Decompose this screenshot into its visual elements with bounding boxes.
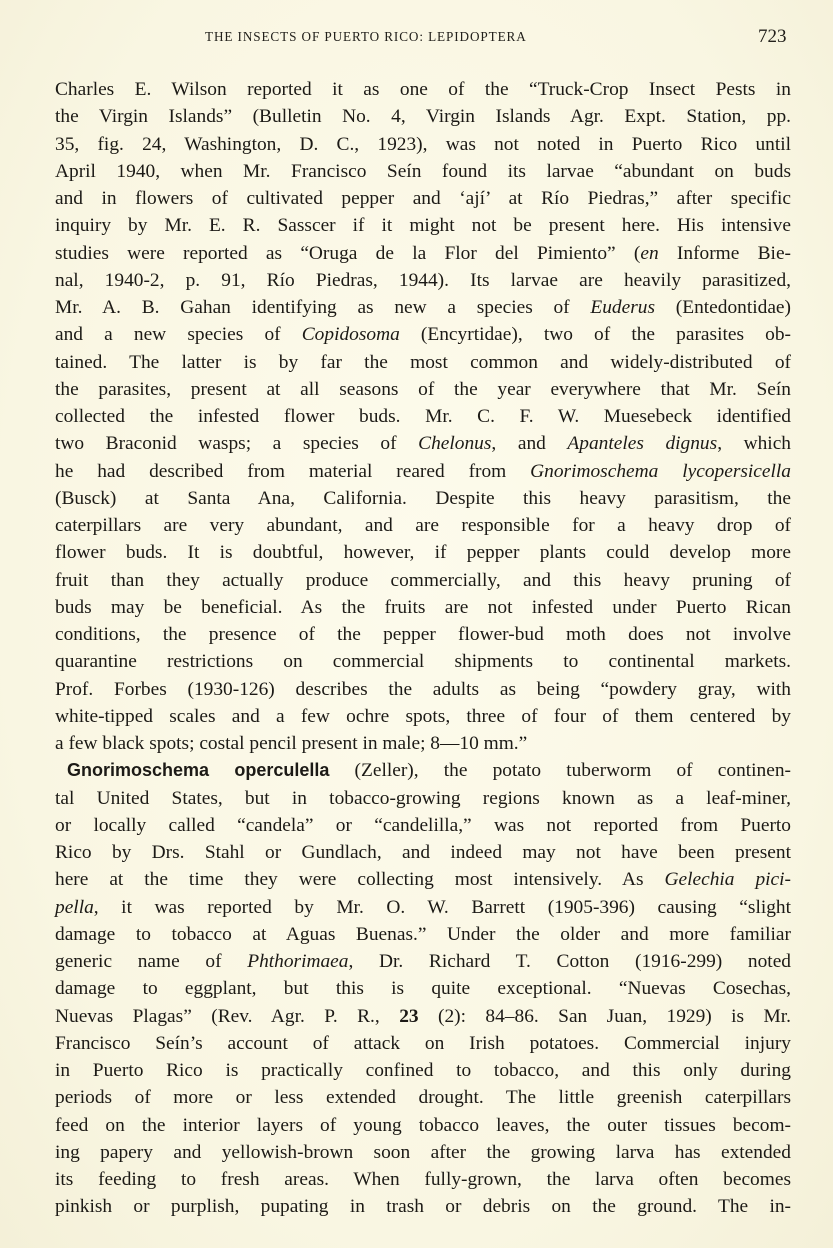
text-line: damage to eggplant, but this is quite ex… <box>55 975 791 1002</box>
text-line: Prof. Forbes (1930-126) describes the ad… <box>55 676 791 703</box>
text-line: pinkish or purplish, pupating in trash o… <box>55 1193 791 1220</box>
text-line: periods of more or less extended drought… <box>55 1084 791 1111</box>
text-line: quarantine restrictions on commercial sh… <box>55 648 791 675</box>
running-head-title: THE INSECTS OF PUERTO RICO: LEPIDOPTERA <box>205 29 527 45</box>
text-line: caterpillars are very abundant, and are … <box>55 512 791 539</box>
text-line: flower buds. It is doubtful, however, if… <box>55 539 791 566</box>
text-line: Gnorimoschema operculella (Zeller), the … <box>55 757 791 784</box>
text-line: damage to tobacco at Aguas Buenas.” Unde… <box>55 921 791 948</box>
species-heading: Gnorimoschema operculella <box>67 760 329 780</box>
text-line: and a new species of Copidosoma (Encyrti… <box>55 321 791 348</box>
text-line: Mr. A. B. Gahan identifying as new a spe… <box>55 294 791 321</box>
text-line: generic name of Phthorimaea, Dr. Richard… <box>55 948 791 975</box>
text-line: pella, it was reported by Mr. O. W. Barr… <box>55 894 791 921</box>
text-line: the parasites, present at all seasons of… <box>55 376 791 403</box>
text-line: ing papery and yellowish-brown soon afte… <box>55 1139 791 1166</box>
italic-term: en <box>640 243 658 264</box>
text-line: collected the infested flower buds. Mr. … <box>55 403 791 430</box>
taxon-name: Apanteles dignus <box>567 433 717 454</box>
text-line: tal United States, but in tobacco-growin… <box>55 785 791 812</box>
text-line: 35, fig. 24, Washington, D. C., 1923), w… <box>55 131 791 158</box>
taxon-name: Euderus <box>590 297 655 318</box>
text-line: here at the time they were collecting mo… <box>55 866 791 893</box>
text-line: nal, 1940-2, p. 91, Río Piedras, 1944). … <box>55 267 791 294</box>
taxon-name: Phthorimaea <box>247 951 348 972</box>
paragraph-pepper-flower-bud-moth: Charles E. Wilson reported it as one of … <box>55 76 791 757</box>
text-line: April 1940, when Mr. Francisco Seín foun… <box>55 158 791 185</box>
text-line: tained. The latter is by far the most co… <box>55 349 791 376</box>
text-line: a few black spots; costal pencil present… <box>55 730 791 757</box>
book-page: THE INSECTS OF PUERTO RICO: LEPIDOPTERA … <box>0 0 833 1248</box>
text-line: conditions, the presence of the pepper f… <box>55 621 791 648</box>
text-line: Charles E. Wilson reported it as one of … <box>55 76 791 103</box>
body-text: Charles E. Wilson reported it as one of … <box>55 76 791 1221</box>
text-line: he had described from material reared fr… <box>55 458 791 485</box>
text-line: inquiry by Mr. E. R. Sasscer if it might… <box>55 212 791 239</box>
page-number: 723 <box>758 26 787 48</box>
text-line: in Puerto Rico is practically confined t… <box>55 1057 791 1084</box>
volume-number: 23 <box>399 1006 418 1027</box>
text-line: white-tipped scales and a few ochre spot… <box>55 703 791 730</box>
text-line: buds may be beneficial. As the fruits ar… <box>55 594 791 621</box>
text-line: feed on the interior layers of young tob… <box>55 1112 791 1139</box>
text-line: Francisco Seín’s account of attack on Ir… <box>55 1030 791 1057</box>
text-line: Rico by Drs. Stahl or Gundlach, and inde… <box>55 839 791 866</box>
taxon-name: Chelonus <box>418 433 491 454</box>
text-line: and in flowers of cultivated pepper and … <box>55 185 791 212</box>
text-line: its feeding to fresh areas. When fully-g… <box>55 1166 791 1193</box>
text-line: Nuevas Plagas” (Rev. Agr. P. R., 23 (2):… <box>55 1003 791 1030</box>
text-line: fruit than they actually produce commerc… <box>55 567 791 594</box>
taxon-name: Gelechia pici- <box>665 869 791 890</box>
taxon-name: Gnorimoschema lycopersicella <box>530 461 791 482</box>
taxon-name: pella <box>55 897 94 918</box>
taxon-name: Copidosoma <box>302 324 400 345</box>
paragraph-gnorimoschema-operculella: Gnorimoschema operculella (Zeller), the … <box>55 757 791 1220</box>
text-line: (Busck) at Santa Ana, California. Despit… <box>55 485 791 512</box>
text-line: or locally called “candela” or “candelil… <box>55 812 791 839</box>
text-line: the Virgin Islands” (Bulletin No. 4, Vir… <box>55 103 791 130</box>
text-line: studies were reported as “Oruga de la Fl… <box>55 240 791 267</box>
text-line: two Braconid wasps; a species of Chelonu… <box>55 430 791 457</box>
